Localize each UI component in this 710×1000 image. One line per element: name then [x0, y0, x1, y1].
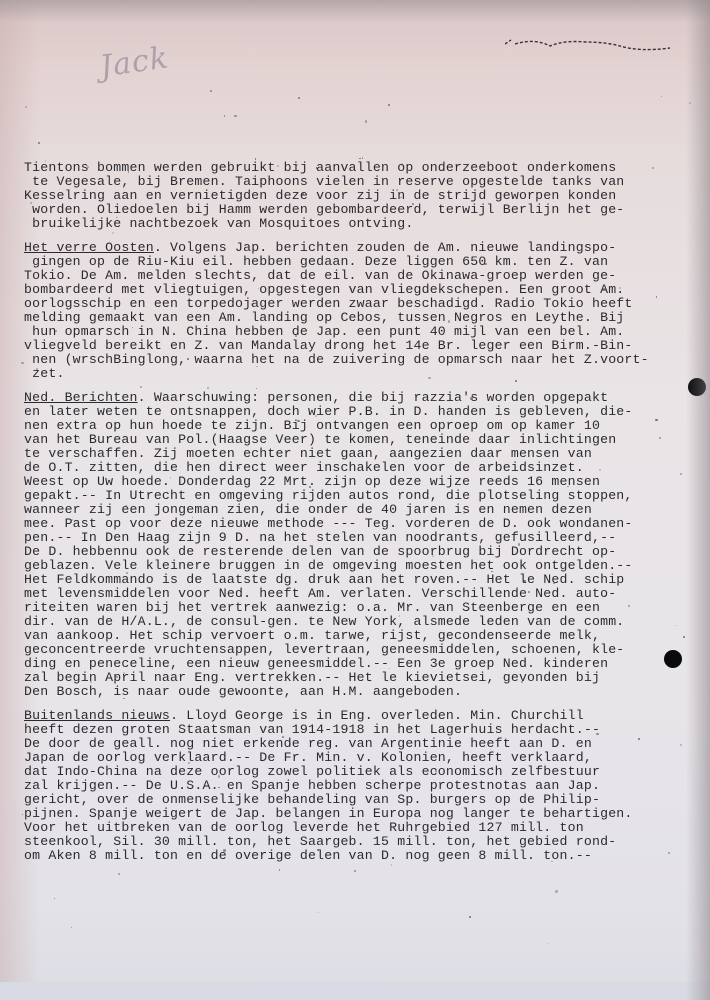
scan-speck	[656, 296, 657, 297]
scan-speck	[548, 943, 549, 944]
line-text: De D. hebbennu ook de resterende delen v…	[24, 544, 616, 559]
text-line: De door de geall. nog niet erkende reg. …	[24, 737, 684, 751]
document-page: Jack Tientons bommen werden gebruikt bij…	[0, 0, 710, 1000]
scan-speck	[612, 495, 613, 496]
scan-speck	[338, 170, 339, 171]
text-line: Kesselring aan en vernietigden deze voor…	[24, 189, 684, 203]
scan-speck	[401, 163, 403, 165]
scan-speck	[240, 178, 241, 179]
scan-speck	[683, 636, 685, 638]
line-text: Den Bosch, is naar oude gewoonte, aan H.…	[24, 684, 462, 699]
scan-speck	[118, 873, 120, 875]
line-text: gericht, over de onmenselijke behandelin…	[24, 792, 600, 807]
line-text: oorlogsschip en een torpedojager werden …	[24, 296, 633, 311]
scan-speck	[652, 167, 654, 169]
line-text: . Waarschuwing: personen, die bij razzia…	[138, 390, 609, 405]
text-line: zal krijgen.-- De U.S.A. en Spanje hebbe…	[24, 779, 684, 793]
line-text: hun opmarsch in N. China hebben de Jap. …	[24, 324, 624, 339]
line-text: de O.T. zitten, die hen direct weer insc…	[24, 460, 584, 475]
scan-speck	[78, 437, 80, 439]
text-line: pijnen. Spanje weigert de Jap. belangen …	[24, 807, 684, 821]
text-line: de O.T. zitten, die hen direct weer insc…	[24, 461, 684, 475]
line-text: . Lloyd George is in Eng. overleden. Min…	[170, 708, 584, 723]
scan-edge-bottom	[0, 982, 710, 1000]
scan-speck	[365, 120, 368, 123]
line-text: zet.	[24, 366, 65, 381]
scan-speck	[374, 361, 375, 362]
punch-hole-lower	[664, 650, 682, 668]
line-text: melding gemaakt van een Am. landing op C…	[24, 310, 624, 325]
line-text: met levensmiddelen voor Ned. heeft Am. v…	[24, 586, 616, 601]
line-text: Japan de oorlog verklaard.-- De Fr. Min.…	[24, 750, 592, 765]
line-text: gepakt.-- In Utrecht en omgeving rijden …	[24, 488, 633, 503]
scan-speck	[470, 397, 472, 399]
text-line: van aankoop. Het schip vervoert o.m. tar…	[24, 629, 684, 643]
scan-speck	[491, 571, 493, 573]
section-heading: Het verre Oosten	[24, 240, 154, 255]
line-text: dir. van de H/A.L., de consul-gen. te Ne…	[24, 614, 624, 629]
scan-speck	[567, 486, 568, 487]
scan-speck	[218, 775, 220, 777]
scan-speck	[432, 555, 434, 557]
scan-speck	[555, 890, 558, 893]
scan-speck	[398, 697, 399, 698]
scan-speck	[25, 106, 27, 108]
line-text: van het Bureau van Pol.(Haagse Veer) te …	[24, 432, 616, 447]
line-text: geconcentreerde vruchtensappen, levertra…	[24, 642, 624, 657]
text-line: nen (wrschBinglong, waarna het na de zui…	[24, 353, 684, 367]
scan-speck	[123, 698, 124, 699]
line-text: Het Feldkommando is de laatste dg. druk …	[24, 572, 624, 587]
section-heading: Buitenlands nieuws	[24, 708, 170, 723]
line-text: te verschaffen. Zij moeten echter niet g…	[24, 446, 592, 461]
text-line: te Vegesale, bij Bremen. Taiphoons viele…	[24, 175, 684, 189]
line-text: Voor het uitbreken van de oorlog leverde…	[24, 820, 584, 835]
text-line: gericht, over de onmenselijke behandelin…	[24, 793, 684, 807]
line-text: nen extra op hun hoede te zijn. Bij ontv…	[24, 418, 600, 433]
scan-speck	[362, 157, 364, 159]
text-line: ding en peneceline, een nieuw geneesmidd…	[24, 657, 684, 671]
scan-speck	[279, 869, 280, 870]
text-line: pen.-- In Den Haag zijn 9 D. na het stel…	[24, 531, 684, 545]
text-line: Het verre Oosten. Volgens Jap. berichten…	[24, 241, 684, 255]
scan-speck	[680, 473, 681, 474]
line-text: te Vegesale, bij Bremen. Taiphoons viele…	[24, 174, 624, 189]
scan-speck	[603, 288, 605, 290]
line-text: Weest op Uw hoede. Donderdag 22 Mrt. zij…	[24, 474, 600, 489]
scan-speck	[188, 436, 190, 438]
text-line: bruikelijke nachtbezoek van Mosquitoes o…	[24, 217, 684, 231]
scan-speck	[553, 583, 554, 584]
text-line: riteiten waren bij het vertrek aanwezig:…	[24, 601, 684, 615]
scan-speck	[234, 115, 236, 117]
text-line: oorlogsschip en een torpedojager werden …	[24, 297, 684, 311]
scan-speck	[295, 335, 297, 337]
scan-shadow-top	[0, 0, 710, 22]
text-line: Buitenlands nieuws. Lloyd George is in E…	[24, 709, 684, 723]
paragraph: Het verre Oosten. Volgens Jap. berichten…	[24, 241, 684, 381]
scan-speck	[359, 158, 361, 160]
text-line: mee. Past op voor deze nieuwe methode --…	[24, 517, 684, 531]
scan-speck	[125, 505, 127, 507]
scan-speck	[689, 102, 690, 103]
scan-speck	[523, 580, 525, 582]
text-line: bombardeerd met vliegtuigen, opgestegen …	[24, 283, 684, 297]
line-text: pijnen. Spanje weigert de Jap. belangen …	[24, 806, 633, 821]
scan-speck	[30, 202, 32, 204]
text-line: Den Bosch, is naar oude gewoonte, aan H.…	[24, 685, 684, 699]
scan-speck	[350, 288, 352, 290]
scan-speck	[116, 217, 117, 218]
text-line: melding gemaakt van een Am. landing op C…	[24, 311, 684, 325]
line-text: pen.-- In Den Haag zijn 9 D. na het stel…	[24, 530, 616, 545]
text-line: om Aken 8 mill. ton en de overige delen …	[24, 849, 684, 863]
line-text: zal begin April naar Eng. vertrekken.-- …	[24, 670, 600, 685]
scan-speck	[551, 861, 552, 862]
scan-speck	[534, 828, 535, 829]
text-line: Het Feldkommando is de laatste dg. druk …	[24, 573, 684, 587]
text-line: De D. hebbennu ook de resterende delen v…	[24, 545, 684, 559]
scan-speck	[112, 232, 114, 234]
text-line: en later weten te ontsnappen, doch wier …	[24, 405, 684, 419]
line-text: mee. Past op voor deze nieuwe methode --…	[24, 516, 633, 531]
text-line: dir. van de H/A.L., de consul-gen. te Ne…	[24, 615, 684, 629]
section-heading: Ned. Berichten	[24, 390, 138, 405]
text-line: wanneer zij een jongeman zien, die onder…	[24, 503, 684, 517]
scan-speck	[668, 852, 670, 854]
scan-speck	[210, 90, 212, 92]
scan-speck	[282, 736, 284, 738]
scan-speck	[461, 290, 462, 291]
scan-speck	[353, 451, 354, 452]
scan-speck	[599, 469, 601, 471]
text-line: Ned. Berichten. Waarschuwing: personen, …	[24, 391, 684, 405]
line-text: vliegveld bereikt en Z. van Mandalay dro…	[24, 338, 633, 353]
scan-speck	[54, 898, 55, 899]
scan-speck	[491, 767, 493, 769]
scan-speck	[126, 572, 128, 574]
line-text: zal krijgen.-- De U.S.A. en Spanje hebbe…	[24, 778, 600, 793]
scan-speck	[655, 419, 657, 421]
text-line: nen extra op hun hoede te zijn. Bij ontv…	[24, 419, 684, 433]
scan-speck	[188, 762, 190, 764]
line-text: ding en peneceline, een nieuw geneesmidd…	[24, 656, 608, 671]
line-text: van aankoop. Het schip vervoert o.m. tar…	[24, 628, 600, 643]
line-text: heeft dezen groten Staatsman van 1914-19…	[24, 722, 600, 737]
line-text: riteiten waren bij het vertrek aanwezig:…	[24, 600, 600, 615]
text-line: dat Indo-China na deze oorlog zowel poli…	[24, 765, 684, 779]
text-line: hun opmarsch in N. China hebben de Jap. …	[24, 325, 684, 339]
scan-speck	[289, 743, 291, 745]
scan-speck	[29, 732, 30, 733]
text-line: van het Bureau van Pol.(Haagse Veer) te …	[24, 433, 684, 447]
scan-speck	[90, 681, 92, 683]
line-text: Kesselring aan en vernietigden deze voor…	[24, 188, 616, 203]
text-line: vliegveld bereikt en Z. van Mandalay dro…	[24, 339, 684, 353]
punch-hole-upper	[688, 378, 706, 396]
scan-speck	[388, 104, 390, 106]
line-text: worden. Oliedoelen bij Hamm werden gebom…	[24, 202, 624, 217]
text-line: geblazen. Vele kleinere bruggen in de om…	[24, 559, 684, 573]
line-text: . Volgens Jap. berichten zouden de Am. n…	[154, 240, 617, 255]
text-line: heeft dezen groten Staatsman van 1914-19…	[24, 723, 684, 737]
text-line: gepakt.-- In Utrecht en omgeving rijden …	[24, 489, 684, 503]
text-line: te verschaffen. Zij moeten echter niet g…	[24, 447, 684, 461]
scan-speck	[528, 591, 530, 593]
paragraph: Buitenlands nieuws. Lloyd George is in E…	[24, 709, 684, 863]
line-text: en later weten te ontsnappen, doch wier …	[24, 404, 633, 419]
scan-speck	[87, 166, 89, 168]
text-line: geconcentreerde vruchtensappen, levertra…	[24, 643, 684, 657]
scan-speck	[38, 142, 40, 144]
line-text: Tientons bommen werden gebruikt bij aanv…	[24, 160, 616, 175]
text-line: Voor het uitbreken van de oorlog leverde…	[24, 821, 684, 835]
line-text: wanneer zij een jongeman zien, die onder…	[24, 502, 592, 517]
line-text: gingen op de Riu-Kiu eil. hebben gedaan.…	[24, 254, 608, 269]
scan-speck	[187, 358, 189, 360]
scan-speck	[638, 738, 640, 740]
scan-speck	[223, 849, 226, 852]
scan-speck	[521, 681, 523, 683]
scan-speck	[71, 927, 73, 929]
scan-speck	[170, 477, 171, 478]
line-text: bruikelijke nachtbezoek van Mosquitoes o…	[24, 216, 413, 231]
text-line: zet.	[24, 367, 684, 381]
scan-speck	[628, 605, 629, 606]
text-line: worden. Oliedoelen bij Hamm werden gebom…	[24, 203, 684, 217]
ink-scribble-mark	[505, 38, 670, 52]
scan-speck	[297, 420, 299, 422]
text-line: met levensmiddelen voor Ned. heeft Am. v…	[24, 587, 684, 601]
text-line: Weest op Uw hoede. Donderdag 22 Mrt. zij…	[24, 475, 684, 489]
text-line: Tokio. De Am. melden slechts, dat de eil…	[24, 269, 684, 283]
text-line: gingen op de Riu-Kiu eil. hebben gedaan.…	[24, 255, 684, 269]
line-text: nen (wrschBinglong, waarna het na de zui…	[24, 352, 649, 367]
paragraph: Tientons bommen werden gebruikt bij aanv…	[24, 161, 684, 231]
scan-speck	[354, 870, 356, 872]
line-text: om Aken 8 mill. ton en de overige delen …	[24, 848, 592, 863]
scan-speck	[286, 813, 288, 815]
text-line: Tientons bommen werden gebruikt bij aanv…	[24, 161, 684, 175]
scan-speck	[298, 97, 300, 99]
scan-speck	[255, 158, 257, 160]
scan-speck	[661, 96, 662, 97]
text-line: Japan de oorlog verklaard.-- De Fr. Min.…	[24, 751, 684, 765]
scan-speck	[207, 387, 209, 389]
scan-speck	[391, 864, 393, 866]
text-line: steenkool, Sil. 30 mill. ton, het Saarge…	[24, 835, 684, 849]
line-text: dat Indo-China na deze oorlog zowel poli…	[24, 764, 600, 779]
scan-speck	[251, 303, 253, 305]
scan-speck	[224, 115, 225, 116]
line-text: Tokio. De Am. melden slechts, dat de eil…	[24, 268, 616, 283]
line-text: De door de geall. nog niet erkende reg. …	[24, 736, 592, 751]
line-text: bombardeerd met vliegtuigen, opgestegen …	[24, 282, 624, 297]
scan-speck	[21, 362, 24, 365]
scan-speck	[318, 912, 319, 913]
scan-speck	[396, 189, 398, 191]
scan-speck	[518, 543, 520, 545]
paragraph: Ned. Berichten. Waarschuwing: personen, …	[24, 391, 684, 699]
line-text: geblazen. Vele kleinere bruggen in de om…	[24, 558, 633, 573]
scan-speck	[55, 330, 57, 332]
scan-speck	[412, 203, 413, 204]
typewritten-body: Tientons bommen werden gebruikt bij aanv…	[24, 161, 684, 863]
handwritten-annotation: Jack	[98, 40, 171, 84]
scan-speck	[469, 916, 471, 918]
scan-speck	[370, 580, 371, 581]
line-text: steenkool, Sil. 30 mill. ton, het Saarge…	[24, 834, 616, 849]
